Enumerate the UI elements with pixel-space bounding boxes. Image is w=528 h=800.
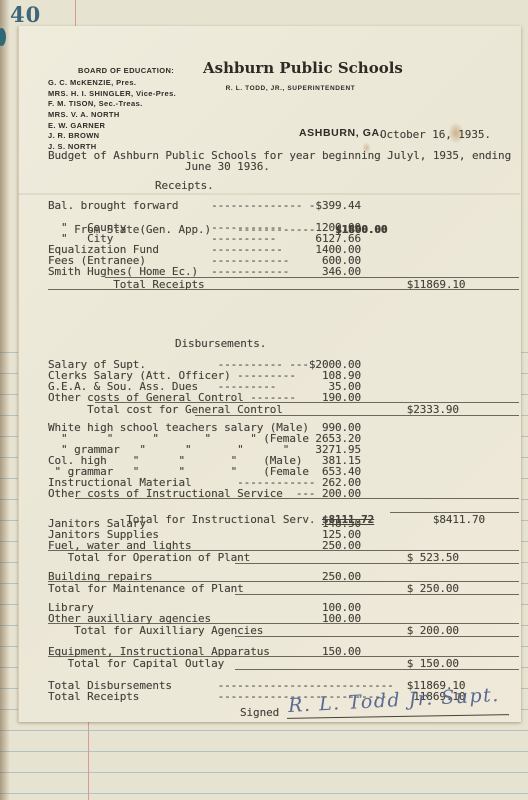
- paper-crease: [18, 193, 520, 195]
- board-member: G. C. McKENZIE, Pres.: [48, 78, 136, 87]
- rule: [390, 512, 519, 513]
- budget-title-line2: June 30 1936.: [185, 160, 270, 173]
- board-member: MRS. H. I. SHINGLER, Vice-Pres.: [48, 89, 176, 98]
- signed-label: Signed: [240, 706, 279, 719]
- disbursements-heading: Disbursements.: [175, 337, 266, 350]
- board-member: J. R. BROWN: [48, 131, 99, 140]
- page-number: 40: [10, 2, 41, 27]
- ledger-page: 40 BOARD OF EDUCATION: G. C. McKENZIE, P…: [0, 0, 528, 800]
- superintendent-line: R. L. TODD, JR., SUPERINTENDENT: [203, 85, 378, 92]
- rule: [48, 289, 519, 290]
- board-member: F. M. TISON, Sec.-Treas.: [48, 99, 143, 108]
- rule: [235, 669, 519, 670]
- rule: [75, 498, 519, 499]
- receipts-heading: Receipts.: [155, 179, 214, 192]
- place-name: ASHBURN, GA.: [299, 127, 383, 139]
- gap: [374, 513, 433, 526]
- typed-date: October 16, 1935.: [380, 128, 491, 141]
- board-member: E. W. GARNER: [48, 121, 105, 130]
- budget-title-line1: Budget of Ashburn Public Schools for yea…: [48, 149, 511, 162]
- rule: [235, 594, 519, 595]
- rule: [235, 636, 519, 637]
- margin-line-bottom: [88, 719, 89, 800]
- total-amount: $8411.70: [433, 513, 485, 526]
- book-gutter-edge: [0, 0, 10, 800]
- rule: [195, 415, 519, 416]
- school-name: Ashburn Public Schools: [203, 59, 378, 77]
- rule: [235, 563, 519, 564]
- board-of-education-heading: BOARD OF EDUCATION:: [78, 66, 174, 75]
- board-member: MRS. V. A. NORTH: [48, 110, 120, 119]
